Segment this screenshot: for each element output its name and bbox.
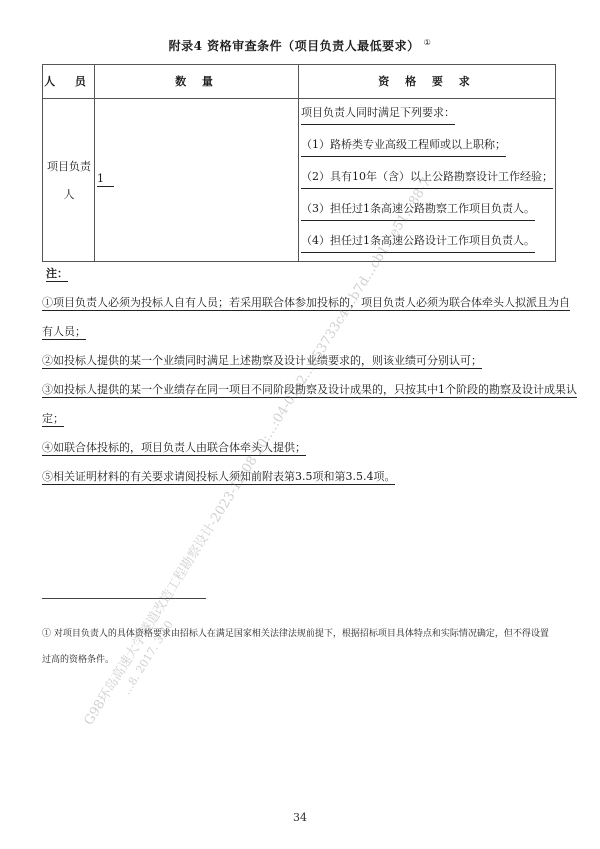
note-line: 定； bbox=[42, 409, 558, 438]
footnote: ① 对项目负责人的具体资格要求由招标人在满足国家相关法律法规前提下，根据招标项目… bbox=[42, 621, 562, 673]
note-line: ③如投标人提供的某一个业绩存在同一项目不同阶段勘察及设计成果的，只按其中1个阶段… bbox=[42, 380, 558, 409]
note-line: ⑤相关证明材料的有关要求请阅投标人须知前附表第3.5项和第3.5.4项。 bbox=[42, 467, 558, 496]
footnote-separator bbox=[42, 598, 206, 599]
note-line: ①项目负责人必须为投标人自有人员；若采用联合体参加投标的，项目负责人必须为联合体… bbox=[42, 293, 558, 322]
requirement-item: （4）担任过1条高速公路设计工作项目负责人。 bbox=[301, 231, 555, 263]
note-line: ②如投标人提供的某一个业绩同时满足上述勘察及设计业绩要求的，则该业绩可分别认可； bbox=[42, 351, 558, 380]
notes-section: 注： ①项目负责人必须为投标人自有人员；若采用联合体参加投标的，项目负责人必须为… bbox=[42, 264, 558, 496]
header-quantity: 数 量 bbox=[95, 65, 299, 99]
footnote-marker: ① bbox=[424, 38, 432, 47]
qualification-table: 人 员 数 量 资 格 要 求 项目负责 人 1 项目负责人同时满足下列要求： … bbox=[42, 64, 556, 262]
personnel-line-1: 项目负责 bbox=[47, 153, 91, 181]
cell-personnel: 项目负责 人 bbox=[43, 99, 95, 262]
page-title: 附录4 资格审查条件（项目负责人最低要求）① bbox=[0, 37, 600, 54]
requirement-item: （3）担任过1条高速公路勘察工作项目负责人。 bbox=[301, 199, 555, 231]
cell-requirements: 项目负责人同时满足下列要求： （1）路桥类专业高级工程师或以上职称； （2）具有… bbox=[301, 103, 555, 263]
requirement-item: 项目负责人同时满足下列要求： bbox=[301, 103, 555, 135]
personnel-line-2: 人 bbox=[64, 181, 75, 209]
note-line: 有人员； bbox=[42, 322, 558, 351]
requirement-item: （2）具有10年（含）以上公路勘察设计工作经验； bbox=[301, 167, 555, 199]
requirement-item: （1）路桥类专业高级工程师或以上职称； bbox=[301, 135, 555, 167]
notes-label: 注： bbox=[42, 264, 558, 293]
cell-quantity: 1 bbox=[97, 172, 114, 187]
header-personnel: 人 员 bbox=[43, 65, 95, 99]
title-text: 附录4 资格审查条件（项目负责人最低要求） bbox=[169, 39, 420, 53]
document-page: 附录4 资格审查条件（项目负责人最低要求）① 人 员 数 量 资 格 要 求 项… bbox=[0, 0, 600, 849]
footnote-line-1: ① 对项目负责人的具体资格要求由招标人在满足国家相关法律法规前提下，根据招标项目… bbox=[42, 621, 562, 647]
note-line: ④如联合体投标的，项目负责人由联合体牵头人提供； bbox=[42, 438, 558, 467]
header-requirements: 资 格 要 求 bbox=[299, 65, 555, 99]
page-number: 34 bbox=[0, 811, 600, 824]
footnote-line-2: 过高的资格条件。 bbox=[42, 647, 562, 673]
